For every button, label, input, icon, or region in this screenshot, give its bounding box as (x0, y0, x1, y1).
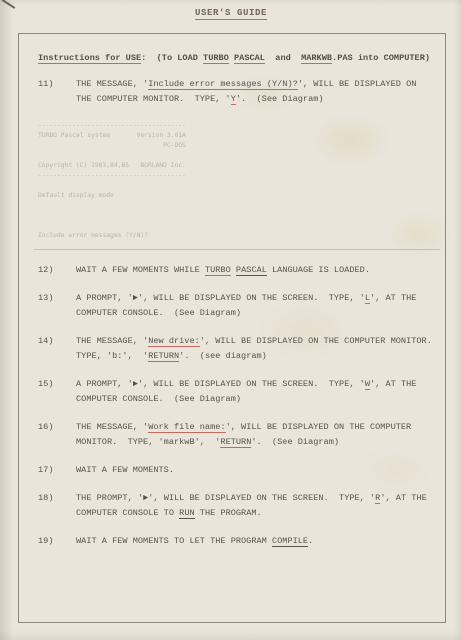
item-text: WAIT A FEW MOMENTS. (76, 463, 436, 478)
text-run: : (To LOAD (141, 53, 203, 63)
item-text-line: COMPUTER CONSOLE. (See Diagram) (76, 392, 436, 407)
text-run: MARKWB (301, 53, 332, 64)
item-number: 18) (38, 491, 76, 521)
text-run: THE PROGRAM. (195, 508, 262, 518)
text-run: '. (See Diagram) (236, 94, 324, 104)
item-text-line: WAIT A FEW MOMENTS TO LET THE PROGRAM CO… (76, 534, 436, 549)
text-run: '. (see diagram) (179, 351, 267, 361)
instruction-list: 12)WAIT A FEW MOMENTS WHILE TURBO PASCAL… (38, 263, 436, 549)
text-run: COMPILE (272, 536, 308, 547)
text-run: TYPE, 'b:', ' (76, 351, 148, 361)
text-run: ', AT THE (380, 493, 426, 503)
item-text: THE MESSAGE, 'New drive:', WILL BE DISPL… (76, 334, 436, 364)
text-run: THE COMPUTER MONITOR. TYPE, ' (76, 94, 231, 104)
text-run: WAIT A FEW MOMENTS WHILE (76, 265, 205, 275)
item-text-line: COMPUTER CONSOLE. (See Diagram) (76, 306, 436, 321)
item-text: THE MESSAGE, 'Work file name:', WILL BE … (76, 420, 436, 450)
instruction-list-top: 11)THE MESSAGE, 'Include error messages … (38, 77, 436, 107)
item-number: 14) (38, 334, 76, 364)
text-run: COMPUTER CONSOLE. (See Diagram) (76, 394, 241, 404)
instruction-item: 18)THE PROMPT, '►', WILL BE DISPLAYED ON… (38, 491, 436, 521)
instructions-box: Instructions for USE: (To LOAD TURBO PAS… (18, 33, 446, 623)
instruction-item: 12)WAIT A FEW MOMENTS WHILE TURBO PASCAL… (38, 263, 436, 278)
text-run: ', WILL BE DISPLAYED ON THE SCREEN. TYPE… (148, 493, 375, 503)
text-run: WAIT A FEW MOMENTS. (76, 465, 174, 475)
item-number: 17) (38, 463, 76, 478)
text-run: THE MESSAGE, ' (76, 336, 148, 346)
text-run: Include error messages (Y/N)? (148, 79, 298, 90)
text-run: Instructions for USE (38, 53, 141, 64)
text-run: ', AT THE (370, 379, 416, 389)
instruction-item: 19)WAIT A FEW MOMENTS TO LET THE PROGRAM… (38, 534, 436, 549)
text-run: ', WILL BE DISPLAYED ON (298, 79, 417, 89)
text-run: THE MESSAGE, ' (76, 422, 148, 432)
text-run: ', WILL BE DISPLAYED ON THE COMPUTER (226, 422, 412, 432)
item-number: 19) (38, 534, 76, 549)
item-text-line: TYPE, 'b:', 'RETURN'. (see diagram) (76, 349, 436, 364)
text-run: COMPUTER CONSOLE TO (76, 508, 179, 518)
item-text-line: A PROMPT, '►', WILL BE DISPLAYED ON THE … (76, 377, 436, 392)
text-run: . (308, 536, 313, 546)
item-text-line: THE MESSAGE, 'Work file name:', WILL BE … (76, 420, 436, 435)
monitor-printout: --------------------------------------- … (38, 121, 436, 241)
text-run: ', WILL BE DISPLAYED ON THE COMPUTER MON… (200, 336, 432, 346)
text-run: New drive: (148, 336, 200, 347)
text-run: ', WILL BE DISPLAYED ON THE SCREEN. TYPE… (138, 379, 365, 389)
text-run: Work file name: (148, 422, 225, 433)
item-text: A PROMPT, '►', WILL BE DISPLAYED ON THE … (76, 377, 436, 407)
item-number: 11) (38, 77, 76, 107)
text-run: THE PROMPT, ' (76, 493, 143, 503)
item-number: 12) (38, 263, 76, 278)
diagram-divider (34, 249, 440, 250)
item-text-line: THE MESSAGE, 'New drive:', WILL BE DISPL… (76, 334, 436, 349)
item-number: 16) (38, 420, 76, 450)
text-run: .PAS into COMPUTER) (332, 53, 430, 63)
text-run: WAIT A FEW MOMENTS TO LET THE PROGRAM (76, 536, 272, 546)
text-run: PASCAL (236, 265, 267, 276)
text-run: PASCAL (234, 53, 265, 64)
text-run: RETURN (220, 437, 251, 448)
text-run: ', WILL BE DISPLAYED ON THE SCREEN. TYPE… (138, 293, 365, 303)
item-text-line: COMPUTER CONSOLE TO RUN THE PROGRAM. (76, 506, 436, 521)
item-text-line: THE MESSAGE, 'Include error messages (Y/… (76, 77, 436, 92)
instruction-item: 13)A PROMPT, '►', WILL BE DISPLAYED ON T… (38, 291, 436, 321)
instruction-item: 11)THE MESSAGE, 'Include error messages … (38, 77, 436, 107)
instruction-item: 14)THE MESSAGE, 'New drive:', WILL BE DI… (38, 334, 436, 364)
text-run: TURBO (205, 265, 231, 276)
item-number: 13) (38, 291, 76, 321)
item-text-line: THE PROMPT, '►', WILL BE DISPLAYED ON TH… (76, 491, 436, 506)
item-text: THE PROMPT, '►', WILL BE DISPLAYED ON TH… (76, 491, 436, 521)
text-run: COMPUTER CONSOLE. (See Diagram) (76, 308, 241, 318)
text-run: ', AT THE (370, 293, 416, 303)
item-text: A PROMPT, '►', WILL BE DISPLAYED ON THE … (76, 291, 436, 321)
item-text-line: WAIT A FEW MOMENTS WHILE TURBO PASCAL LA… (76, 263, 436, 278)
text-run: A PROMPT, ' (76, 293, 133, 303)
text-run: RUN (179, 508, 194, 519)
page-title: USER'S GUIDE (0, 8, 462, 18)
scanned-page: { "title": "USER'S GUIDE", "colors": { "… (0, 0, 462, 640)
item-text-line: A PROMPT, '►', WILL BE DISPLAYED ON THE … (76, 291, 436, 306)
item-text: THE MESSAGE, 'Include error messages (Y/… (76, 77, 436, 107)
item-text: WAIT A FEW MOMENTS WHILE TURBO PASCAL LA… (76, 263, 436, 278)
instruction-item: 17)WAIT A FEW MOMENTS. (38, 463, 436, 478)
item-text-line: MONITOR. TYPE, 'markwB', 'RETURN'. (See … (76, 435, 436, 450)
text-run: '. (See Diagram) (251, 437, 339, 447)
text-run: RETURN (148, 351, 179, 362)
page-title-text: USER'S GUIDE (195, 8, 267, 20)
instruction-item: 15)A PROMPT, '►', WILL BE DISPLAYED ON T… (38, 377, 436, 407)
instructions-heading: Instructions for USE: (To LOAD TURBO PAS… (38, 53, 436, 64)
text-run: MONITOR. TYPE, 'markwB', ' (76, 437, 220, 447)
item-number: 15) (38, 377, 76, 407)
text-run: LANGUAGE IS LOADED. (267, 265, 370, 275)
item-text: WAIT A FEW MOMENTS TO LET THE PROGRAM CO… (76, 534, 436, 549)
text-run: and (265, 53, 301, 63)
item-text-line: WAIT A FEW MOMENTS. (76, 463, 436, 478)
item-text-line: THE COMPUTER MONITOR. TYPE, 'Y'. (See Di… (76, 92, 436, 107)
instruction-item: 16)THE MESSAGE, 'Work file name:', WILL … (38, 420, 436, 450)
text-run: TURBO (203, 53, 229, 64)
text-run: A PROMPT, ' (76, 379, 133, 389)
text-run: THE MESSAGE, ' (76, 79, 148, 89)
